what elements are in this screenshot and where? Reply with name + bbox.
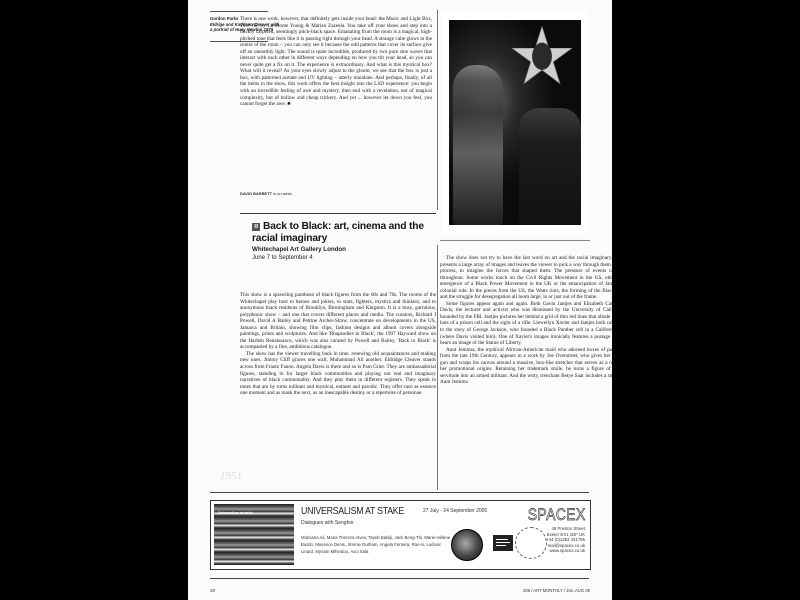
photo-cleavers-portrait bbox=[449, 20, 581, 225]
ad-title: UNIVERSALISM AT STAKE bbox=[301, 506, 404, 517]
review-right-column: The show does not try to have the last w… bbox=[440, 255, 612, 386]
top-article-paragraph: There is one work, however, that definit… bbox=[240, 16, 432, 108]
handwritten-annotation: 1951 bbox=[220, 470, 242, 482]
column-divider-top bbox=[437, 10, 438, 210]
ad-image-label: Universalism at stake bbox=[218, 511, 253, 515]
review-number-badge: III bbox=[252, 223, 260, 231]
byline: David Barrett is an artist. bbox=[240, 192, 293, 196]
review-paragraph: Aunt Jemima, the mythical African-Americ… bbox=[440, 347, 612, 386]
review-dates: June 7 to September 4 bbox=[252, 255, 437, 261]
review-title-text: Back to Black: art, cinema and the racia… bbox=[252, 221, 424, 244]
ad-dates: 27 July - 24 September 2005 bbox=[423, 508, 487, 514]
caption-top-rule bbox=[210, 11, 268, 12]
photo-frame bbox=[442, 12, 588, 234]
ad-brand-spacex: SPACEX bbox=[528, 505, 586, 525]
review-paragraph: The show has the viewer travelling back … bbox=[240, 351, 436, 397]
magazine-page: Gordon Parks Eldrige and Kathleen Cleave… bbox=[188, 0, 612, 600]
page-number: 28 bbox=[210, 588, 215, 593]
ad-phone: +44 (0)1392 431786 bbox=[546, 537, 585, 543]
ad-exhibition-image: Universalism at stake bbox=[214, 504, 294, 565]
sponsor-logo-icon bbox=[493, 535, 513, 551]
spacex-advertisement[interactable]: Universalism at stake UNIVERSALISM AT ST… bbox=[210, 500, 591, 570]
review-left-column: This show is a sprawling pantheon of bla… bbox=[240, 292, 436, 397]
review-header: IIIBack to Black: art, cinema and the ra… bbox=[252, 221, 437, 261]
star-icon bbox=[511, 26, 573, 86]
review-venue: Whitechapel Art Gallery London bbox=[252, 246, 437, 253]
ad-artist-list: Muhsana Ali, Maria Thereza Alves, Tayeb … bbox=[301, 534, 451, 555]
ad-address: 45 Preston Street Exeter EX1 1DF UK +44 … bbox=[546, 526, 585, 554]
byline-text: is an artist. bbox=[272, 192, 293, 196]
ad-website-link[interactable]: www.spacex.co.uk bbox=[546, 548, 585, 554]
byline-name: David Barrett bbox=[240, 192, 272, 196]
review-paragraph: This show is a sprawling pantheon of bla… bbox=[240, 292, 436, 351]
section-rule bbox=[240, 213, 436, 214]
running-footer: 288 / Art Monthly / Jul-Aug 05 bbox=[523, 588, 590, 593]
top-article-text: There is one work, however, that definit… bbox=[240, 16, 432, 108]
review-paragraph: The show does not try to have the last w… bbox=[440, 255, 612, 301]
column-divider-bottom bbox=[437, 245, 438, 490]
ad-address-line: 45 Preston Street bbox=[546, 526, 585, 532]
photo-figure-man bbox=[519, 108, 581, 225]
footer-rule bbox=[210, 578, 589, 579]
ad-top-rule bbox=[210, 492, 589, 493]
photo-figure-woman bbox=[453, 65, 503, 225]
ad-subtitle: Dialogues with Senghor bbox=[301, 520, 354, 526]
arts-council-logo-icon bbox=[515, 527, 547, 559]
globe-logo-icon bbox=[451, 529, 483, 561]
photo-bottom-rule bbox=[440, 240, 590, 241]
review-title: IIIBack to Black: art, cinema and the ra… bbox=[252, 221, 437, 244]
review-paragraph: Some figures appear again and again. Bot… bbox=[440, 301, 612, 347]
